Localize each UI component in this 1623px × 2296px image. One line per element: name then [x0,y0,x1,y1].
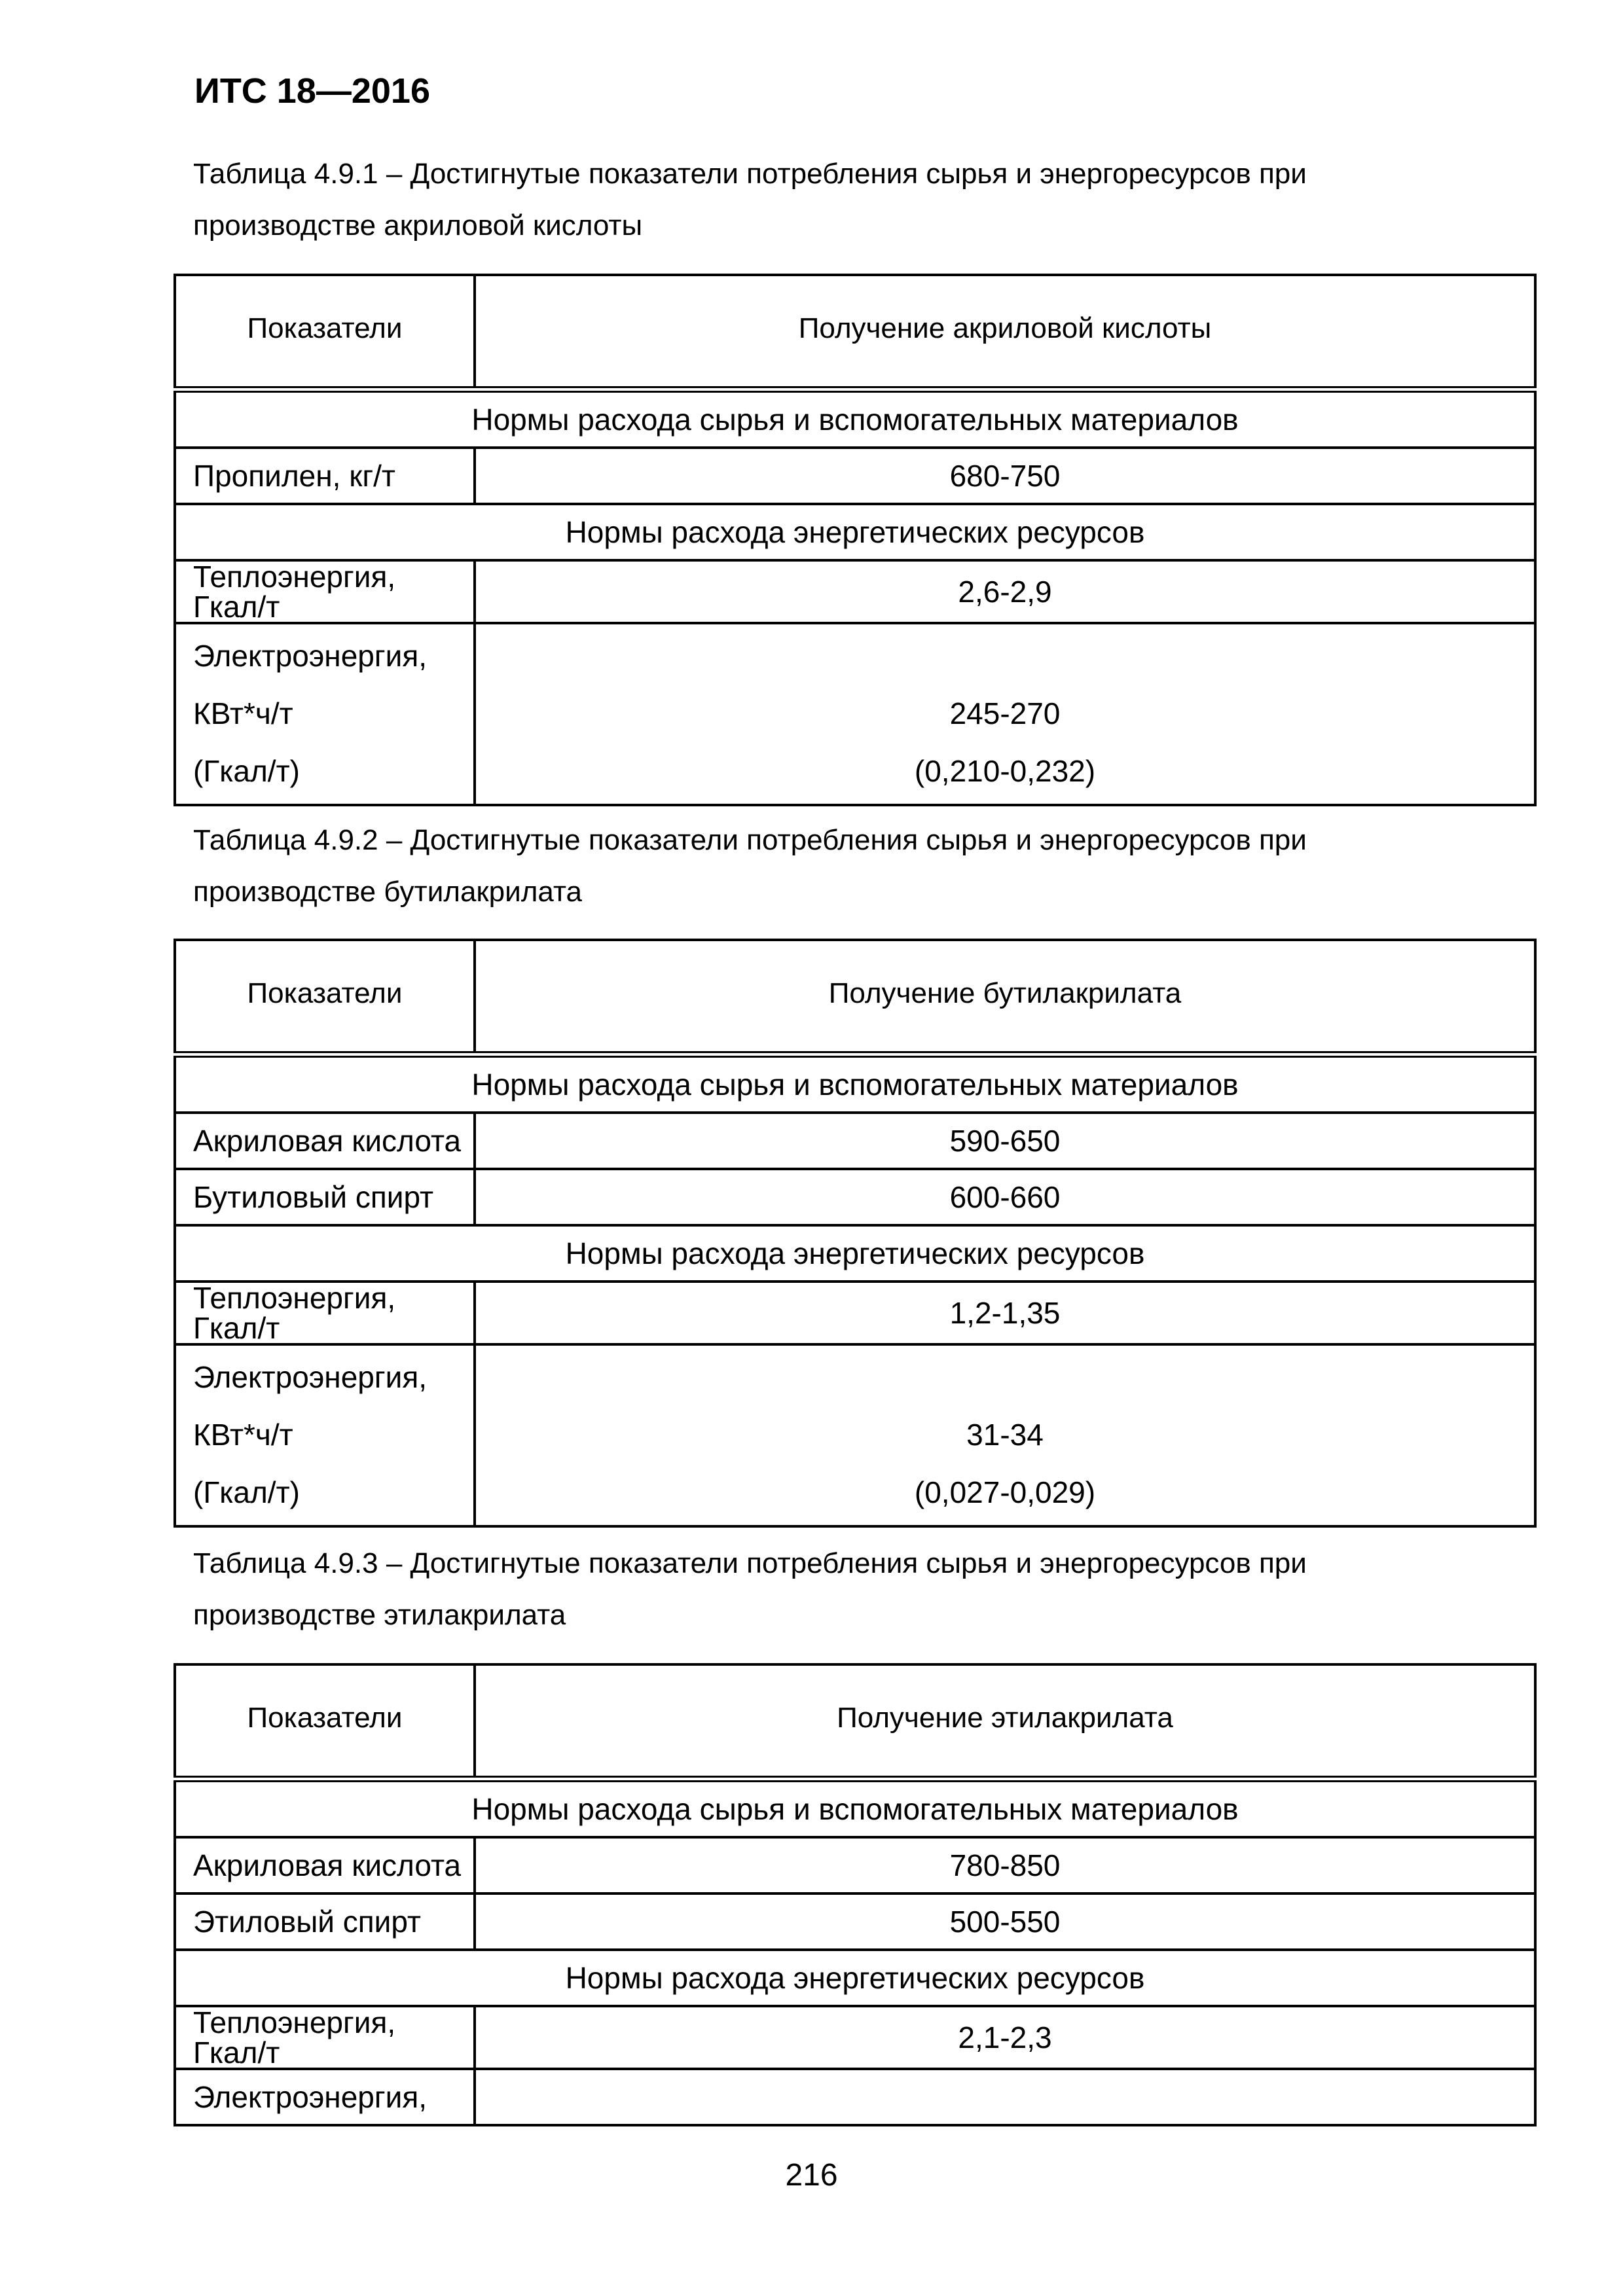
table-row: Теплоэнергия, Гкал/т 2,1-2,3 [175,2006,1535,2069]
row-label: Бутиловый спирт [175,1169,475,1225]
caption-line: производстве акриловой кислоты [193,200,1535,251]
table-row: Акриловая кислота 590-650 [175,1113,1535,1169]
row-value: 680-750 [475,448,1535,504]
column-header-indicators: Показатели [175,275,475,389]
row-label: Пропилен, кг/т [175,448,475,504]
value-line [476,1352,1534,1410]
row-label: Акриловая кислота [175,1113,475,1169]
column-header-process: Получение этилакрилата [475,1664,1535,1779]
value-line: (0,027-0,029) [476,1467,1534,1525]
table-ethyl-acrylate: Показатели Получение этилакрилата Нормы … [173,1663,1537,2126]
page-number: 216 [0,2160,1623,2191]
section-row: Нормы расхода энергетических ресурсов [175,1225,1535,1282]
value-line: (0,210-0,232) [476,746,1534,804]
row-value: 1,2-1,35 [475,1282,1535,1344]
row-label: Электроэнергия, [175,2069,475,2125]
table-row: Бутиловый спирт 600-660 [175,1169,1535,1225]
section-row: Нормы расхода энергетических ресурсов [175,504,1535,560]
label-line: Электроэнергия, [193,631,473,689]
table-header-row: Показатели Получение бутилакрилата [175,940,1535,1054]
column-header-process: Получение бутилакрилата [475,940,1535,1054]
table-row-electricity: Электроэнергия, КВт*ч/т (Гкал/т) 31-34 (… [175,1344,1535,1526]
section-row: Нормы расхода энергетических ресурсов [175,1950,1535,2006]
table-caption-4-9-3: Таблица 4.9.3 – Достигнутые показатели п… [193,1537,1535,1641]
table-header-row: Показатели Получение этилакрилата [175,1664,1535,1779]
table-header-row: Показатели Получение акриловой кислоты [175,275,1535,389]
section-raw-materials: Нормы расхода сырья и вспомогательных ма… [175,1054,1535,1113]
column-header-process: Получение акриловой кислоты [475,275,1535,389]
row-value: 2,1-2,3 [475,2006,1535,2069]
label-line: КВт*ч/т [193,1410,473,1467]
table-row: Теплоэнергия, Гкал/т 1,2-1,35 [175,1282,1535,1344]
value-line: 245-270 [476,689,1534,746]
section-row: Нормы расхода сырья и вспомогательных ма… [175,1054,1535,1113]
row-value: 2,6-2,9 [475,560,1535,623]
value-line [476,631,1534,689]
label-line: КВт*ч/т [193,689,473,746]
row-label: Акриловая кислота [175,1837,475,1893]
section-row: Нормы расхода сырья и вспомогательных ма… [175,1779,1535,1837]
row-value: 500-550 [475,1893,1535,1950]
section-energy: Нормы расхода энергетических ресурсов [175,1225,1535,1282]
caption-line: Таблица 4.9.2 – Достигнутые показатели п… [193,814,1535,866]
section-raw-materials: Нормы расхода сырья и вспомогательных ма… [175,1779,1535,1837]
table-row: Акриловая кислота 780-850 [175,1837,1535,1893]
row-value: 590-650 [475,1113,1535,1169]
row-label: Теплоэнергия, Гкал/т [175,2006,475,2069]
label-line: (Гкал/т) [193,1467,473,1525]
column-header-indicators: Показатели [175,940,475,1054]
row-value: 600-660 [475,1169,1535,1225]
row-label: Электроэнергия, КВт*ч/т (Гкал/т) [175,1344,475,1526]
table-row: Теплоэнергия, Гкал/т 2,6-2,9 [175,560,1535,623]
caption-line: Таблица 4.9.3 – Достигнутые показатели п… [193,1537,1535,1589]
value-line: 31-34 [476,1410,1534,1467]
row-value: 780-850 [475,1837,1535,1893]
table-caption-4-9-1: Таблица 4.9.1 – Достигнутые показатели п… [193,148,1535,251]
caption-line: Таблица 4.9.1 – Достигнутые показатели п… [193,148,1535,200]
caption-line: производстве бутилакрилата [193,866,1535,918]
row-label: Электроэнергия, КВт*ч/т (Гкал/т) [175,623,475,805]
document-header: ИТС 18—2016 [194,73,430,109]
table-row-electricity: Электроэнергия, [175,2069,1535,2125]
section-row: Нормы расхода сырья и вспомогательных ма… [175,389,1535,448]
table-butyl-acrylate: Показатели Получение бутилакрилата Нормы… [173,939,1537,1528]
caption-line: производстве этилакрилата [193,1589,1535,1641]
table-row: Пропилен, кг/т 680-750 [175,448,1535,504]
row-label: Этиловый спирт [175,1893,475,1950]
table-row-electricity: Электроэнергия, КВт*ч/т (Гкал/т) 245-270… [175,623,1535,805]
row-value: 245-270 (0,210-0,232) [475,623,1535,805]
table-acrylic-acid: Показатели Получение акриловой кислоты Н… [173,274,1537,806]
row-label: Теплоэнергия, Гкал/т [175,560,475,623]
table-row: Этиловый спирт 500-550 [175,1893,1535,1950]
label-line: (Гкал/т) [193,746,473,804]
table-caption-4-9-2: Таблица 4.9.2 – Достигнутые показатели п… [193,814,1535,918]
row-value: 31-34 (0,027-0,029) [475,1344,1535,1526]
column-header-indicators: Показатели [175,1664,475,1779]
label-line: Электроэнергия, [193,1352,473,1410]
section-raw-materials: Нормы расхода сырья и вспомогательных ма… [175,389,1535,448]
section-energy: Нормы расхода энергетических ресурсов [175,1950,1535,2006]
row-label: Теплоэнергия, Гкал/т [175,1282,475,1344]
row-value [475,2069,1535,2125]
section-energy: Нормы расхода энергетических ресурсов [175,504,1535,560]
